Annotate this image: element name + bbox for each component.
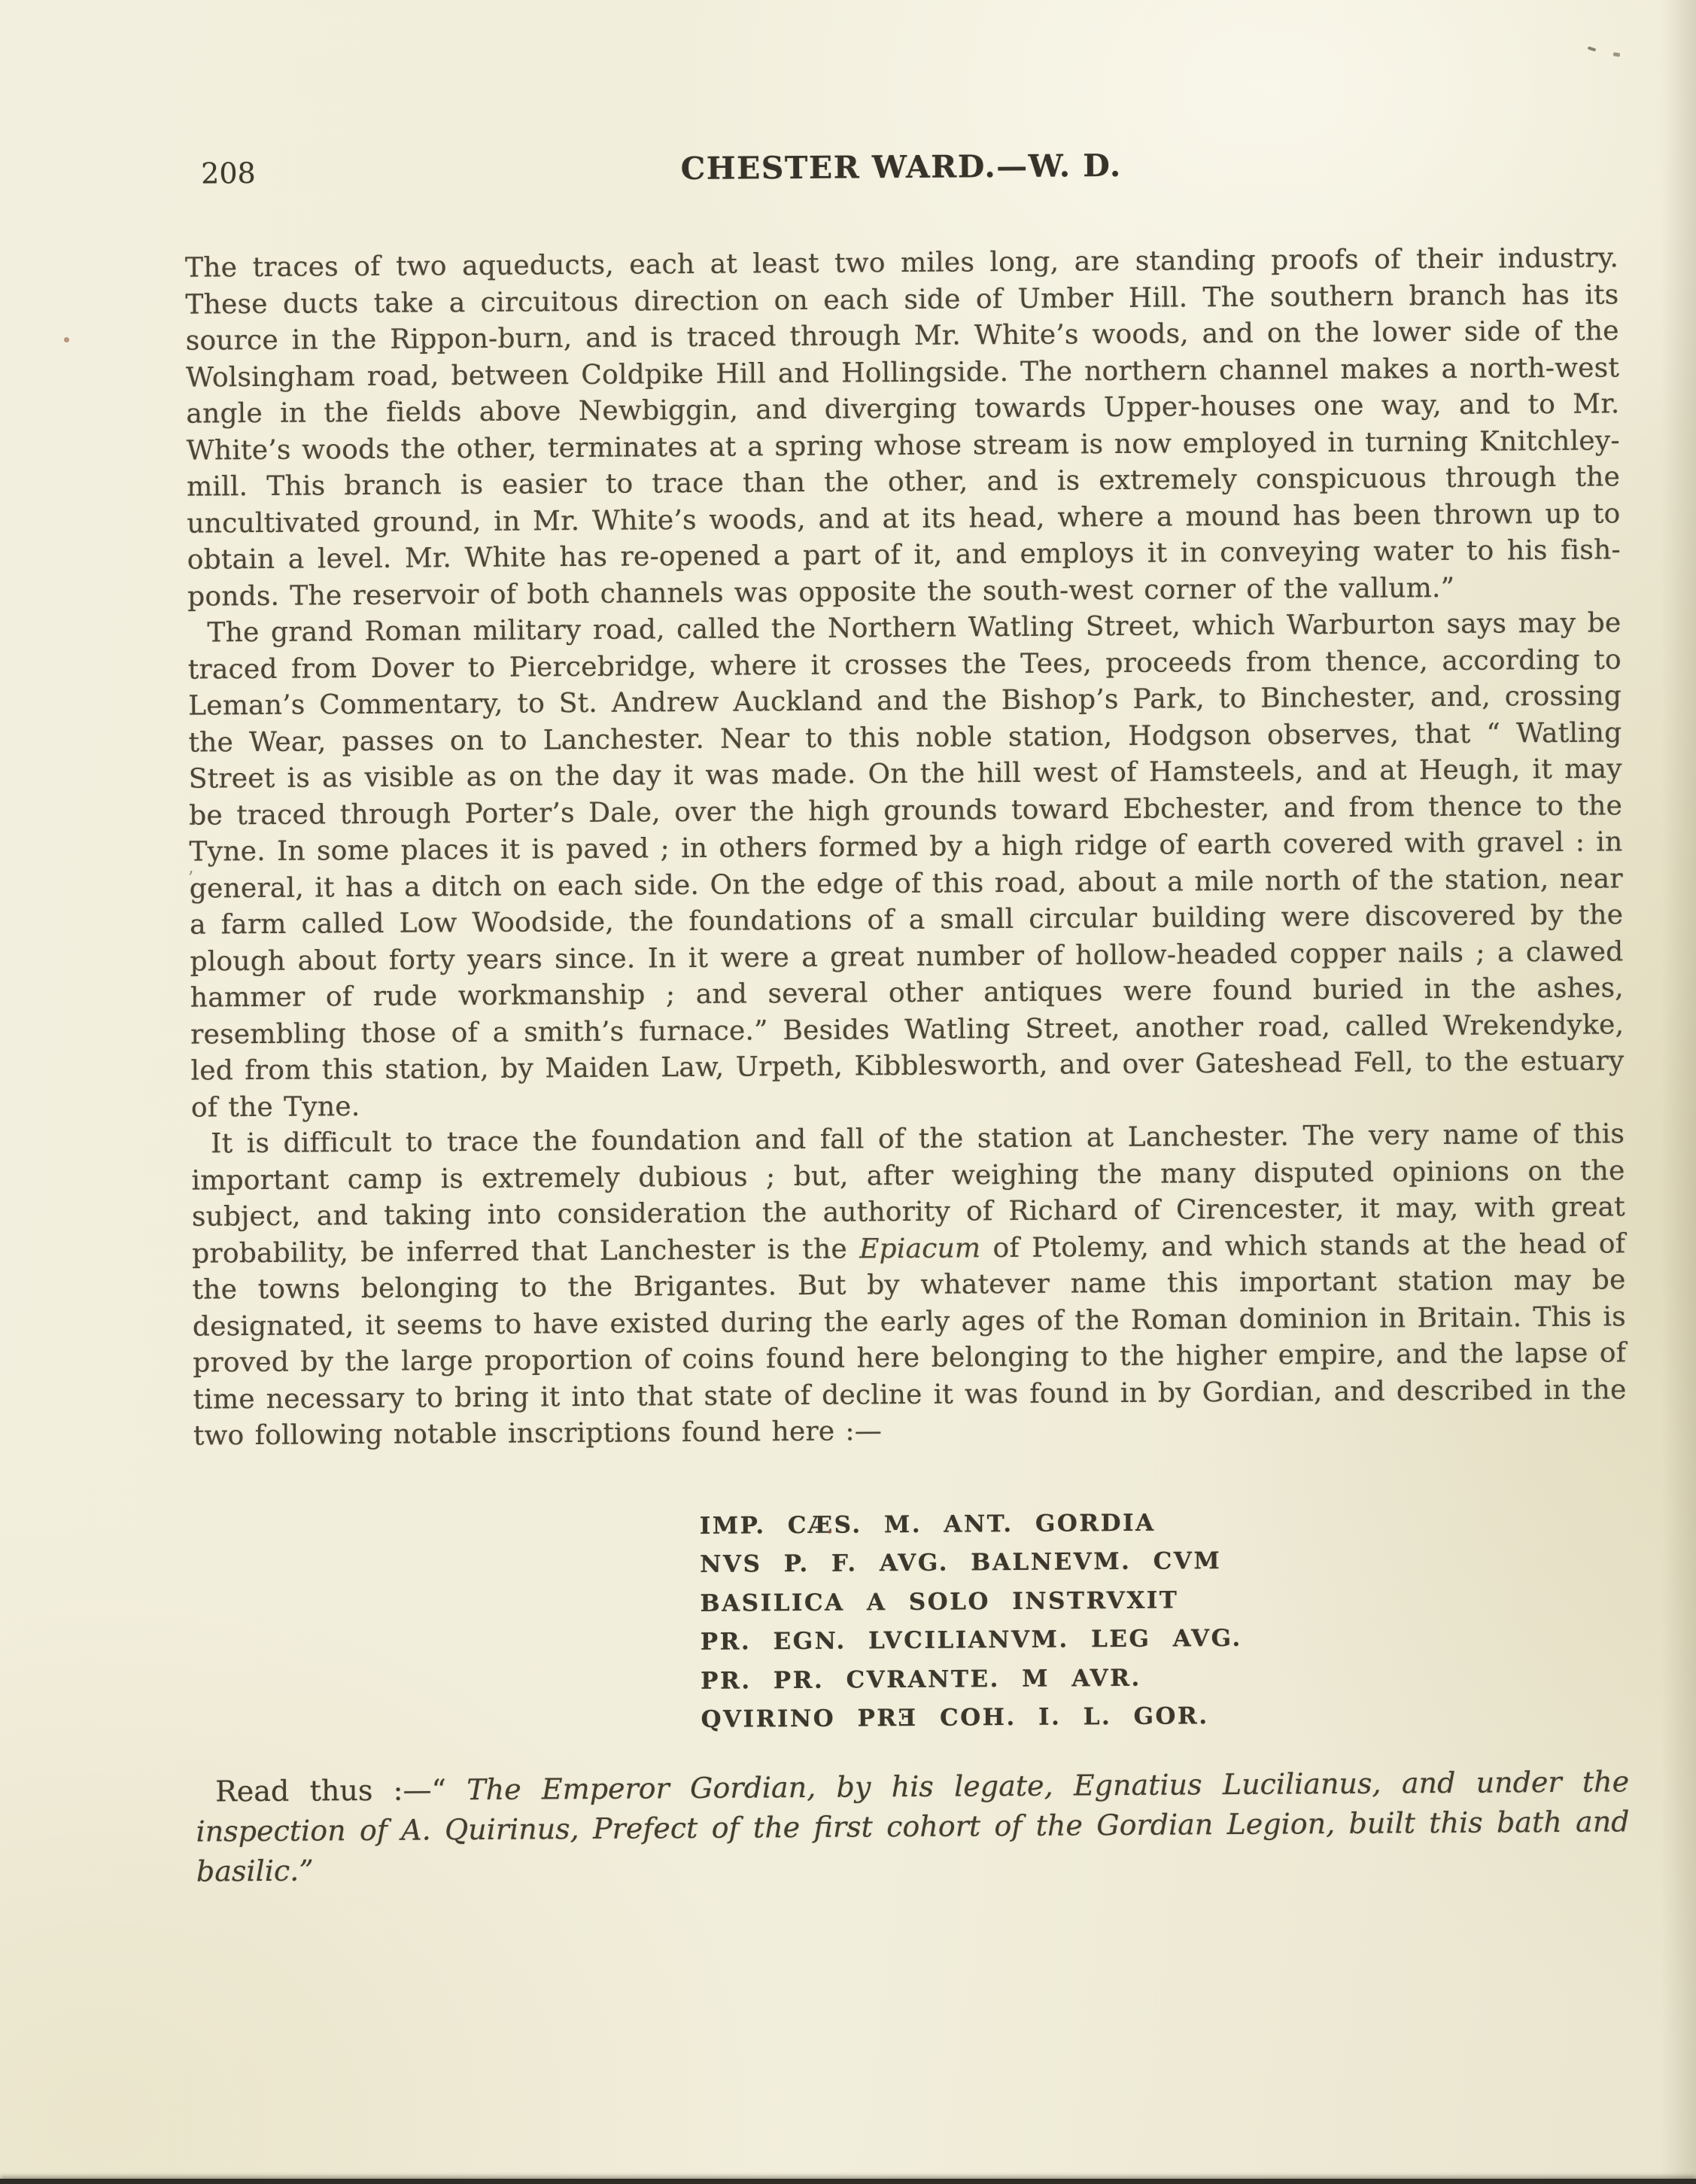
running-title: CHESTER WARD.—W. D.: [680, 148, 1121, 187]
page-content: 208 CHESTER WARD.—W. D. The traces of tw…: [184, 144, 1630, 1891]
read-thus-label: Read thus :—“: [215, 1773, 467, 1808]
scan-debris-mark: [1613, 52, 1621, 56]
paragraph-watling-street: The grand Roman military road, called th…: [187, 605, 1625, 1126]
margin-stray-mark: ’: [188, 868, 194, 889]
scan-debris-mark: [1588, 46, 1597, 51]
inscription-line: BASILICA A SOLO INSTRVXIT: [700, 1578, 1628, 1623]
page-header: 208 CHESTER WARD.—W. D.: [184, 144, 1618, 193]
paper-speck: [828, 1530, 831, 1534]
paragraph-lanchester-station: It is difficult to trace the foundation …: [191, 1116, 1627, 1455]
inscription-line: PR. PR. CVRANTE. M AVR.: [701, 1656, 1628, 1701]
paper-speck: [64, 337, 69, 342]
inscription-line: NVS P. F. AVG. BALNEVM. CVM: [700, 1539, 1628, 1584]
inscription-line: QVIRINO PRƎ COH. I. L. GOR.: [701, 1694, 1628, 1739]
page-number: 208: [201, 157, 256, 190]
translation-paragraph: Read thus :—“ The Emperor Gordian, by hi…: [196, 1762, 1630, 1891]
scanned-book-page: 208 CHESTER WARD.—W. D. The traces of tw…: [0, 0, 1696, 2184]
latin-place-name: Epiacum: [859, 1233, 980, 1264]
paragraph-aqueducts: The traces of two aqueducts, each at lea…: [185, 240, 1621, 615]
roman-inscription-block: IMP. CÆS. M. ANT. GORDIA NVS P. F. AVG. …: [700, 1501, 1629, 1740]
inscription-line: IMP. CÆS. M. ANT. GORDIA: [700, 1501, 1628, 1546]
inscription-line: PR. EGN. LVCILIANVM. LEG AVG.: [701, 1617, 1628, 1662]
